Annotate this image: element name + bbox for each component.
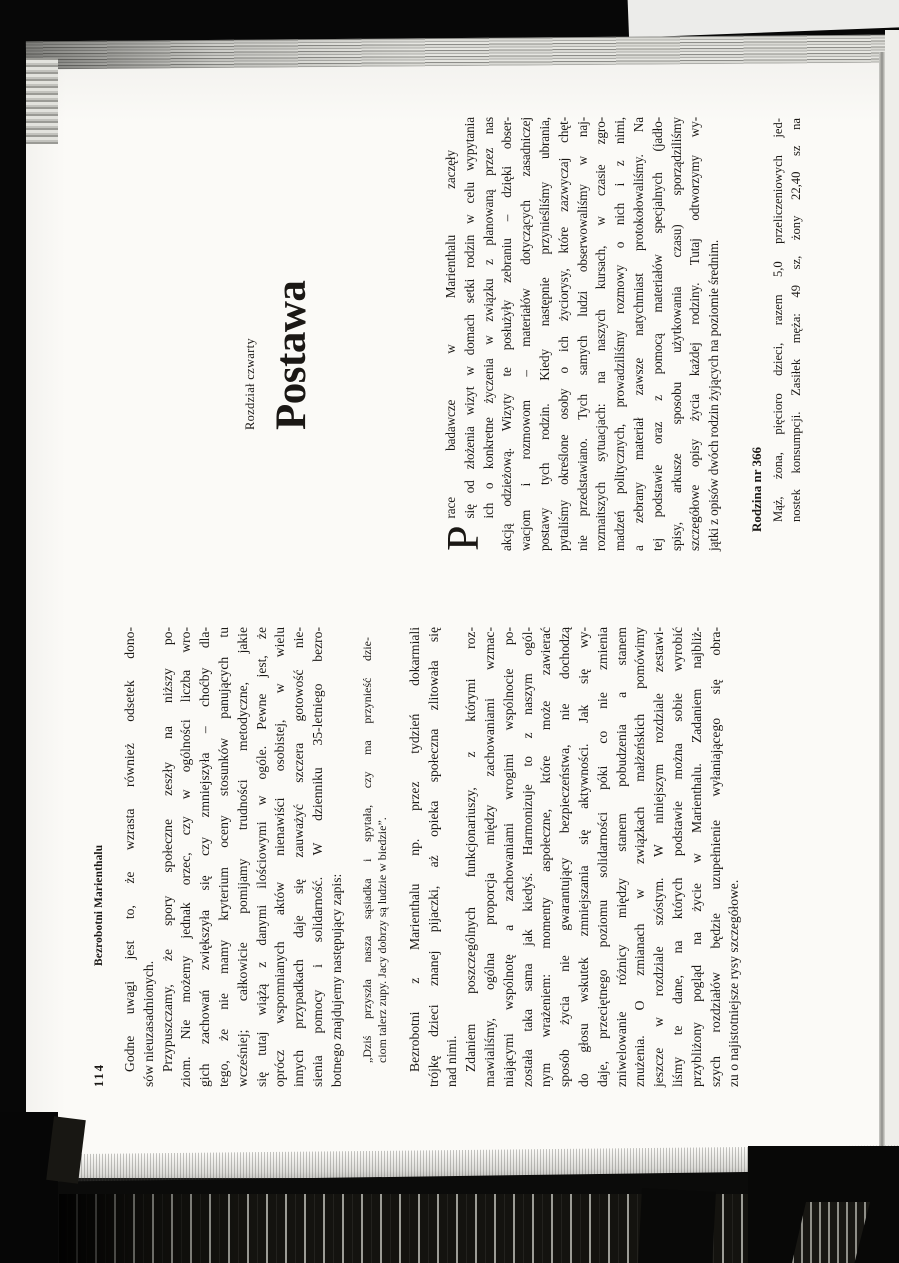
drop-cap: P bbox=[442, 519, 480, 551]
family-record-body: Mąż, żona, pięcioro dzieci, razem 5,0 pr… bbox=[769, 118, 805, 532]
paragraph: Zdaniem poszczególnych funkcjonariuszy, … bbox=[462, 627, 744, 1087]
text-line: ich o konkretne życzenia w związku z pla… bbox=[480, 117, 499, 551]
text-line: liśmy te dane, na których podstawie możn… bbox=[669, 627, 688, 1087]
text-line: tego, że nie mamy kryterium oceny stosun… bbox=[215, 627, 234, 1087]
text-line: jeszcze w rozdziale szóstym. W niniejszy… bbox=[650, 627, 669, 1087]
paragraph: Przypuszczamy, że spory społeczne zeszły… bbox=[159, 627, 347, 1087]
text-line: daje, przeciętnego poziomu solidarności … bbox=[594, 627, 613, 1087]
text-line: madzeń politycznych, prowadziliśmy rozmo… bbox=[611, 117, 630, 551]
text-line: Zdaniem poszczególnych funkcjonariuszy, … bbox=[462, 627, 481, 1087]
text-line: rozmaitszych sytuacjach: na naszych kurs… bbox=[592, 117, 611, 551]
text-line: nym wrażeniem: momenty aspołeczne, które… bbox=[537, 627, 556, 1087]
text-line: Przypuszczamy, że spory społeczne zeszły… bbox=[159, 627, 178, 1087]
text-line: wcześniej; całkowicie pomijamy trudności… bbox=[234, 627, 253, 1087]
text-line: tej podstawie oraz z pomocą materiałów s… bbox=[649, 117, 668, 551]
text-line: botnego znajdujemy następujący zapis: bbox=[328, 627, 347, 1087]
paragraph: Godne uwagi jest to, że wzrasta również … bbox=[121, 627, 159, 1087]
verso-body-text: Godne uwagi jest to, że wzrasta również … bbox=[121, 627, 744, 1087]
text-line: wacjom i rozmowom – materiałów dotyczący… bbox=[517, 117, 536, 551]
text-line: nad nimi. bbox=[443, 627, 462, 1087]
verso-header: 114 Bezrobotni Marienthalu bbox=[92, 627, 110, 1087]
text-line: sów nieuzasadnionych. bbox=[140, 627, 159, 1087]
text-line: jątki z opisów dwóch rodzin żyjących na … bbox=[705, 117, 724, 551]
family-record: Rodzina nr 366 Mąż, żona, pięcioro dziec… bbox=[748, 118, 805, 532]
paragraph: Bezrobotni z Marienthalu np. przez tydzi… bbox=[406, 627, 462, 1087]
text-line: trójkę dzieci znanej pijaczki, aż opieka… bbox=[425, 627, 444, 1087]
text-line: do głosu wskutek zmniejszania się aktywn… bbox=[575, 627, 594, 1087]
text-line: szych rozdziałów będzie uzupełnienie wył… bbox=[707, 627, 726, 1087]
text-line: znużenia. O zmianach w związkach małżeńs… bbox=[631, 627, 650, 1087]
family-record-heading: Rodzina nr 366 bbox=[748, 118, 766, 532]
text-line: przybliżony pogląd na życie w Marienthal… bbox=[688, 627, 707, 1087]
text-line: się od złożenia wizyt w domach setki rod… bbox=[461, 117, 480, 551]
text-line: szczegółowe opisy życia każdej rodziny. … bbox=[686, 117, 705, 551]
text-line: oprócz wspomnianych aktów nienawiści oso… bbox=[271, 627, 290, 1087]
text-line: race badawcze w Marienthalu zaczęły bbox=[442, 117, 461, 551]
text-line: innych przypadkach daje się zauważyć szc… bbox=[290, 627, 309, 1087]
text-line: nie przedstawiano. Tych samych ludzi obs… bbox=[574, 117, 593, 551]
text-line: sposób życia nie gwarantujący bezpieczeń… bbox=[556, 627, 575, 1087]
running-head: Bezrobotni Marienthalu bbox=[93, 845, 105, 966]
text-line: ciom talerz zupy. Jacy dobrzy są ludzie … bbox=[375, 637, 391, 1063]
text-line: nostek konsumpcji. Zasiłek męża: 49 sz, … bbox=[787, 118, 805, 522]
recto-body-text: Prace badawcze w Marienthalu zaczęłysię … bbox=[442, 117, 724, 551]
text-line: „Dziś przyszła nasza sąsiadka i spytała,… bbox=[360, 637, 376, 1063]
text-line: zu o najistotniejsze rysy szczegółowe. bbox=[725, 627, 744, 1087]
text-line: Godne uwagi jest to, że wzrasta również … bbox=[121, 627, 140, 1087]
text-line: pytaliśmy określone osoby o ich życiorys… bbox=[555, 117, 574, 551]
page-number: 114 bbox=[92, 1063, 107, 1087]
text-line: ziom. Nie możemy jednak orzec, czy w ogó… bbox=[177, 627, 196, 1087]
text-line: niającymi wspólnotę a zachowaniami wrogi… bbox=[500, 627, 519, 1087]
text-line: a zebrany materiał zawsze natychmiast pr… bbox=[630, 117, 649, 551]
text-line: sienia pomocy i solidarność. W dzienniku… bbox=[309, 627, 328, 1087]
text-line: Mąż, żona, pięcioro dzieci, razem 5,0 pr… bbox=[769, 118, 787, 522]
paragraph: Prace badawcze w Marienthalu zaczęłysię … bbox=[442, 117, 724, 551]
text-line: postawy tych rodzin. Kiedy następnie prz… bbox=[536, 117, 555, 551]
chapter-kicker: Rozdział czwarty bbox=[243, 170, 258, 430]
quote-block: „Dziś przyszła nasza sąsiadka i spytała,… bbox=[360, 627, 391, 1087]
text-line: zniwelowanie różnicy między stanem pobud… bbox=[613, 627, 632, 1087]
book-scan: 114 Bezrobotni Marienthalu Godne uwagi j… bbox=[0, 0, 899, 1263]
text-line: się tutaj wiążą z danymi ilościowymi w o… bbox=[253, 627, 272, 1087]
chapter-title: Postawa bbox=[267, 170, 316, 430]
text-line: została taka sama jak kiedyś. Harmonizuj… bbox=[519, 627, 538, 1087]
paragraph: Mąż, żona, pięcioro dzieci, razem 5,0 pr… bbox=[769, 118, 805, 532]
chapter-heading: Rozdział czwarty Postawa bbox=[243, 170, 316, 430]
text-line: mawialiśmy, ogólna proporcja między zach… bbox=[481, 627, 500, 1087]
page-spread: 114 Bezrobotni Marienthalu Godne uwagi j… bbox=[0, 0, 899, 1263]
text-line: spisy, arkusze sposobu użytkowania czasu… bbox=[668, 117, 687, 551]
text-line: akcją odzieżową. Wizyty te posłużyły zeb… bbox=[498, 117, 517, 551]
text-line: Bezrobotni z Marienthalu np. przez tydzi… bbox=[406, 627, 425, 1087]
text-line: gich zachowań zwiększyła się czy zmniejs… bbox=[196, 627, 215, 1087]
